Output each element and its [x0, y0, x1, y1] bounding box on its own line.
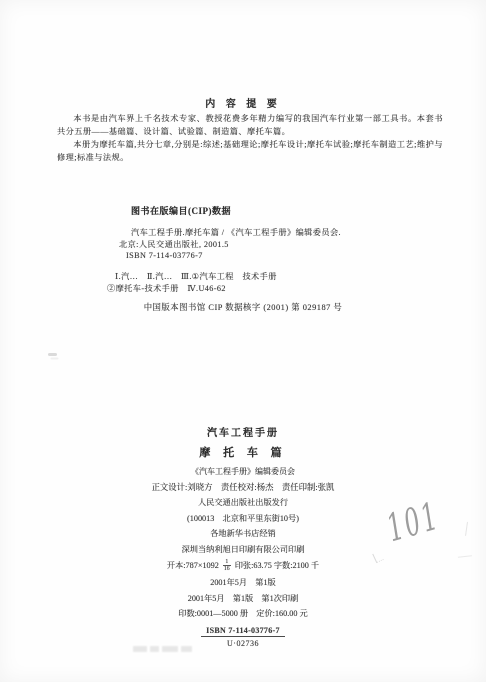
book-copyright-page: 内 容 提 要 本书是由汽车界上千名技术专家、教授花费多年精力编写的我国汽车行业… [0, 0, 486, 682]
summary-paragraph-1: 本书是由汽车界上千名技术专家、教授花费多年精力编写的我国汽车行业第一部工具书。本… [57, 112, 443, 138]
print-run-line: 印数:0001—5000 册 定价:160.00 元 [0, 608, 486, 619]
isbn-box: ISBN 7-114-03776-7 U·02736 [201, 626, 285, 648]
cip-entry-isbn: ISBN 7-114-03776-7 [119, 250, 399, 262]
printer-line: 深圳当纳利旭日印刷有限公司印刷 [0, 544, 486, 555]
cip-heading: 图书在版编目(CIP)数据 [131, 204, 231, 217]
scan-smudge [48, 353, 57, 356]
content-summary-body: 本书是由汽车界上千名技术专家、教授花费多年精力编写的我国汽车行业第一部工具书。本… [57, 112, 443, 164]
book-code: U·02736 [201, 637, 285, 648]
edition-line: 2001年5月 第1版 [0, 577, 486, 588]
cip-class-line-1: Ⅰ.汽… Ⅱ.汽… Ⅲ.①汽车工程 技术手册 [107, 271, 387, 283]
cip-entry-line-1: 汽车工程手册.摩托车篇 / 《汽车工程手册》编辑委员会. [119, 227, 399, 239]
editor-line: 《汽车工程手册》编辑委员会 [0, 466, 486, 477]
summary-paragraph-2: 本册为摩托车篇,共分七章,分别是:综述;基础理论;摩托车设计;摩托车试验;摩托车… [57, 138, 443, 164]
cip-record-number: 中国版本图书馆 CIP 数据核字 (2001) 第 029187 号 [0, 301, 486, 313]
cip-classification: Ⅰ.汽… Ⅱ.汽… Ⅲ.①汽车工程 技术手册 ②摩托车-技术手册 Ⅳ.U46-6… [107, 271, 387, 294]
page-bleed-through [133, 644, 195, 654]
isbn-number: ISBN 7-114-03776-7 [201, 626, 285, 638]
format-line: 开本:787×1092 1 16 印张:63.75 字数:2100 千 [0, 559, 486, 573]
fraction-denominator: 16 [223, 566, 231, 572]
cip-entry-line-2: 北京:人民交通出版社, 2001.5 [119, 239, 399, 251]
credits-line: 正文设计:刘晓方 责任校对:杨杰 责任印制:张凯 [0, 481, 486, 493]
cip-entry: 汽车工程手册.摩托车篇 / 《汽车工程手册》编辑委员会. 北京:人民交通出版社,… [119, 227, 399, 262]
format-fraction: 1 16 [223, 559, 231, 573]
volume-title: 摩 托 车 篇 [0, 444, 486, 460]
impression-line: 2001年5月 第1版 第1次印刷 [0, 593, 486, 604]
series-title: 汽车工程手册 [0, 424, 486, 439]
cip-class-line-2: ②摩托车-技术手册 Ⅳ.U46-62 [107, 283, 387, 295]
format-prefix: 开本:787×1092 [167, 561, 219, 570]
format-suffix: 印张:63.75 字数:2100 千 [235, 561, 319, 570]
content-summary-heading: 内 容 提 要 [0, 95, 486, 110]
